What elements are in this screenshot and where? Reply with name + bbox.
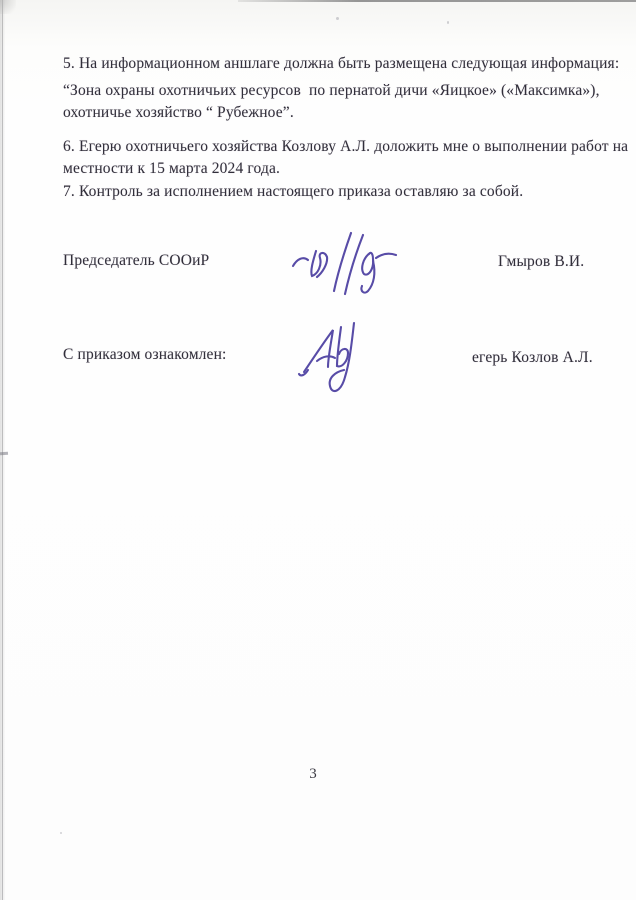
signer-role-acknowledged: С приказом ознакомлен: bbox=[63, 344, 226, 366]
paragraph-quote-line-1: “Зона охраны охотничьих ресурсов по перн… bbox=[63, 80, 600, 102]
paragraph-item-7: 7. Контроль за исполнением настоящего пр… bbox=[63, 181, 523, 203]
scan-speck bbox=[447, 21, 449, 24]
signature-gmyrov-icon bbox=[288, 224, 400, 298]
scan-top-edge-line bbox=[238, 0, 636, 2]
scan-edge-artifact bbox=[0, 452, 8, 456]
signer-role-chairman: Председатель СООиР bbox=[63, 250, 209, 272]
scan-speck bbox=[60, 832, 62, 834]
scanned-document-page: 5. На информационном аншлаге должна быть… bbox=[0, 0, 636, 900]
scan-corner-shadow bbox=[0, 0, 16, 14]
page-number: 3 bbox=[0, 766, 626, 783]
signature-kozlov-icon bbox=[294, 316, 378, 400]
signer-name-kozlov: егерь Козлов А.Л. bbox=[472, 347, 593, 369]
paragraph-item-5: 5. На информационном аншлаге должна быть… bbox=[63, 53, 619, 75]
paragraph-item-6-line-1: 6. Егерю охотничьего хозяйства Козлову А… bbox=[63, 136, 628, 158]
paragraph-quote-line-2: охотничье хозяйство “ Рубежное”. bbox=[63, 102, 294, 124]
signer-name-gmyrov: Гмыров В.И. bbox=[498, 251, 584, 273]
scan-left-edge-line bbox=[2, 0, 3, 900]
paragraph-item-6-line-2: местности к 15 марта 2024 года. bbox=[63, 158, 280, 180]
scan-speck bbox=[336, 17, 339, 20]
